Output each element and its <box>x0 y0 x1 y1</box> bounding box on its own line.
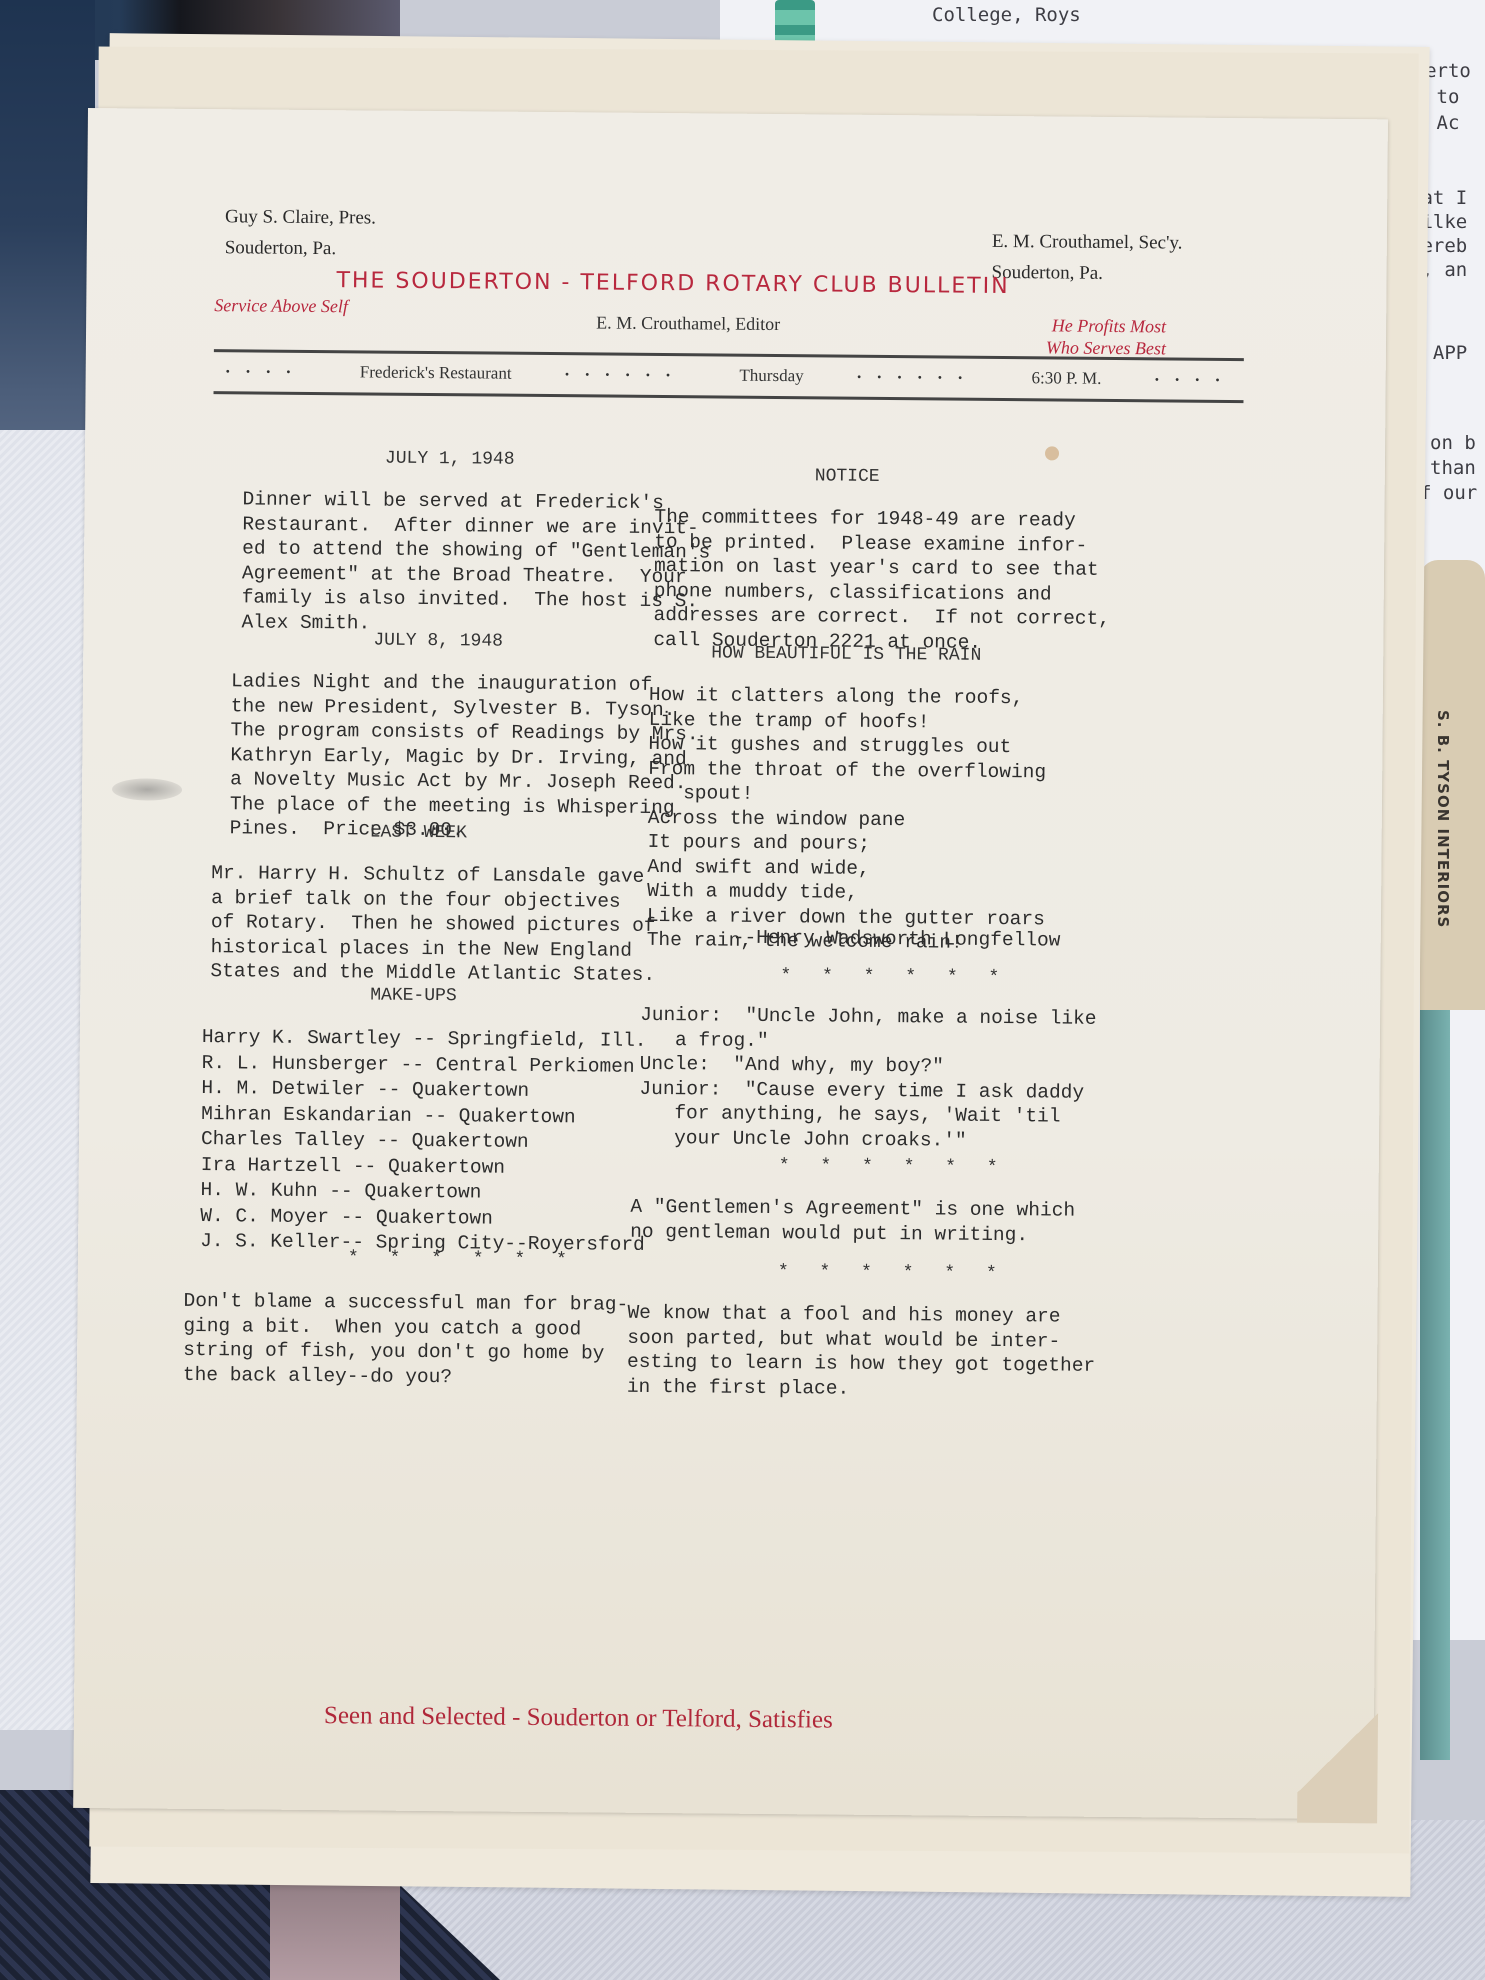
gentlemens-agreement-quip: A "Gentlemen's Agreement" is one which n… <box>630 1195 1075 1248</box>
motto-he-profits: He Profits Most Who Serves Best <box>1046 314 1166 359</box>
secretary-name: E. M. Crouthamel, Sec'y. <box>992 226 1183 259</box>
section-title-july1: JULY 1, 1948 <box>385 449 515 470</box>
section-title-last-week: LAST WEEK <box>370 822 467 843</box>
secretary-city: Souderton, Pa. <box>991 257 1182 290</box>
president-city: Souderton, Pa. <box>225 232 376 264</box>
separator-stars: * * * * * * <box>348 1248 577 1270</box>
section-title-notice: NOTICE <box>815 466 880 487</box>
folder-tab: S. B. TYSON INTERIORS <box>1420 560 1485 1010</box>
dot-leader: •••• <box>1155 372 1236 388</box>
section-title-poem: HOW BEAUTIFUL IS THE RAIN <box>711 643 981 665</box>
back-letter-line: on b <box>1430 430 1476 456</box>
folder-tab-label: S. B. TYSON INTERIORS <box>1434 710 1452 928</box>
meeting-info-bar: •••• Frederick's Restaurant •••••• Thurs… <box>226 361 1236 390</box>
last-week-body: Mr. Harry H. Schultz of Lansdale gave a … <box>210 861 656 987</box>
dot-leader: •••••• <box>857 369 978 385</box>
background-teal-folder <box>1420 1000 1450 1760</box>
separator-stars: * * * * * * <box>778 1262 1007 1284</box>
dot-leader: •••••• <box>565 367 686 383</box>
motto-line: He Profits Most <box>1046 314 1166 337</box>
secretary-block: E. M. Crouthamel, Sec'y. Souderton, Pa. <box>991 226 1182 290</box>
header-rule-bottom <box>214 391 1244 403</box>
president-block: Guy S. Claire, Pres. Souderton, Pa. <box>225 201 376 264</box>
page-corner-curl <box>1297 1683 1378 1824</box>
ink-smudge <box>112 778 182 801</box>
back-letter-line: f our <box>1420 480 1477 506</box>
bulletin-masthead: THE SOUDERTON - TELFORD ROTARY CLUB BULL… <box>336 268 1009 299</box>
paper-stain <box>1045 446 1059 460</box>
fool-and-money-quip: We know that a fool and his money are so… <box>627 1301 1096 1403</box>
separator-stars: * * * * * * <box>779 1156 1008 1178</box>
junior-joke: Junior: "Uncle John, make a noise like a… <box>639 1003 1097 1154</box>
meeting-time: 6:30 P. M. <box>1031 368 1101 389</box>
makeups-list: Harry K. Swartley -- Springfield, Ill. R… <box>200 1025 647 1258</box>
editor-credit: E. M. Crouthamel, Editor <box>596 312 780 335</box>
back-letter-top-line: College, Roys <box>932 2 1081 28</box>
july1-body: Dinner will be served at Frederick's Res… <box>241 487 710 638</box>
motto-service-above-self: Service Above Self <box>214 295 348 317</box>
bulletin-sheet: Guy S. Claire, Pres. Souderton, Pa. E. M… <box>73 108 1388 1819</box>
july8-body: Ladies Night and the inauguration of the… <box>230 669 700 845</box>
notice-body: The committees for 1948-49 are ready to … <box>653 505 1111 656</box>
president-name: Guy S. Claire, Pres. <box>225 201 376 233</box>
footer-slogan: Seen and Selected - Souderton or Telford… <box>324 1702 833 1734</box>
section-title-july8: JULY 8, 1948 <box>373 631 503 652</box>
dot-leader: •••• <box>226 364 307 380</box>
meeting-location: Frederick's Restaurant <box>360 362 512 383</box>
poem-attribution: --Henry Wadsworth Longfellow <box>733 926 1061 953</box>
back-letter-line: than <box>1430 455 1476 481</box>
section-title-makeups: MAKE-UPS <box>370 985 457 1006</box>
separator-stars: * * * * * * <box>780 966 1009 988</box>
poem-body: How it clatters along the roofs, Like th… <box>647 683 1047 956</box>
meeting-day: Thursday <box>739 366 803 387</box>
bragging-quip: Don't blame a successful man for brag- g… <box>183 1289 629 1391</box>
